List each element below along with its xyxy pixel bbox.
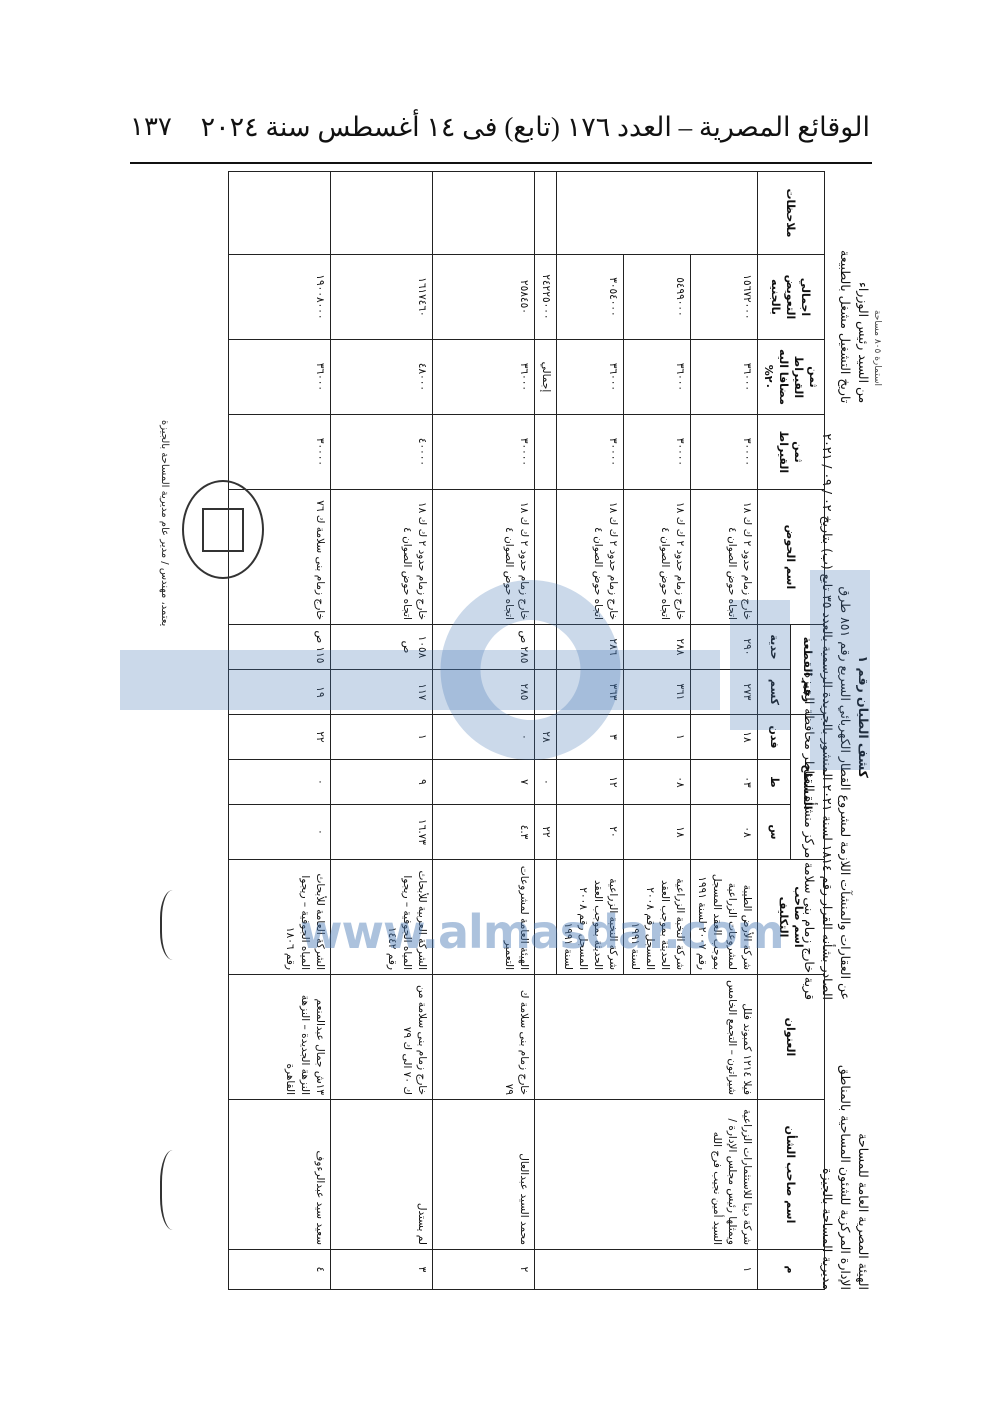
statement-line: عن العقارات والمنشآت اللازمة لمشروع القط…: [836, 433, 854, 1000]
cell-basin-name: خارج زمام حدود ٢ ك ك ١٨ اتجاه حوض الصوان…: [331, 489, 433, 624]
cell-sahm: ١٨: [624, 805, 691, 860]
page-number: ١٣٧: [130, 112, 172, 142]
table-row: ٣ لم يستدل خارج زمام بنى سلامة من ك ٧٠ ا…: [331, 171, 433, 1289]
cell-empty: [535, 624, 557, 669]
side-line: من السيد رئيس الوزراء: [854, 250, 872, 403]
cell-address: خارج زمام بنى سلامة من ك ٧٠ الى ك ٧٩: [331, 975, 433, 1100]
gazette-title: الوقائع المصرية – العدد ١٧٦ (تابع) فى ١٤…: [201, 112, 870, 142]
cell-qirat: ١٢: [557, 760, 624, 805]
cell-hadiya: ٢٨٦: [557, 624, 624, 669]
cell-serial: ٤: [229, 1250, 331, 1290]
cell-kism: ١٩: [229, 669, 331, 714]
table-row: ١ شركة دينا للاستثمارات الزراعية ويمثلها…: [691, 171, 758, 1289]
rotated-statement: استمارة ٨٠٥ مساحة الهيئة المصرية العامة …: [200, 230, 880, 1300]
cell-qirat: ٩: [331, 760, 433, 805]
cell-notes: [229, 171, 331, 254]
cell-kism: ٣٦٣: [557, 669, 624, 714]
cell-qirat-price: ٣٠٠٠٠: [624, 414, 691, 489]
cell-total-compensation: ١٦١٧٤٦٠: [331, 254, 433, 339]
cell-notes: [557, 171, 758, 254]
cell-total-sahm: ٢٢: [535, 805, 557, 860]
cell-qirat-price-plus: ٣٦٠٠٠: [624, 339, 691, 414]
cell-qirat-price-plus: ٤٨٠٠٠: [331, 339, 433, 414]
cell-basin-name: خارج زمام حدود ٢ ك ك ١٨ اتجاه حوض الصوان…: [691, 489, 758, 624]
header-address: العنوان: [758, 975, 825, 1100]
cell-total-feddan: ٢٨: [535, 714, 557, 759]
cell-basin-name: خارج زمام حدود ٢ ك ك ١٨ اتجاه حوض الصوان…: [624, 489, 691, 624]
cell-basin-name: خارج زمام حدود ٢ ك ك ١٨ اتجاه حوض الصوان…: [557, 489, 624, 624]
cell-total-label: إجمالي: [535, 339, 557, 414]
cell-owner-name: لم يستدل: [331, 1100, 433, 1250]
authority-block: الهيئة المصرية العامة للمساحة الإدارة ال…: [818, 1065, 872, 1290]
cell-feddan: ٣: [557, 714, 624, 759]
cell-qirat-price: ٣٠٠٠٠: [433, 414, 535, 489]
cell-total-compensation: ٢٥٨٤٥٠: [433, 254, 535, 339]
official-stamp-icon: [182, 480, 264, 579]
table-row: ٢ محمد السيد عبدالعال خارج زمام بنى سلام…: [433, 171, 535, 1289]
cell-address: ١٣ش جمال عبدالمنعم النزهة الجديدة – النز…: [229, 975, 331, 1100]
cell-hadiya: ١٠٥٨ ص: [331, 624, 433, 669]
authority-line: الهيئة المصرية العامة للمساحة: [854, 1065, 872, 1290]
cell-qirat: ٠٣: [691, 760, 758, 805]
header-area-sahm: س: [758, 805, 792, 860]
cell-total-compensation: ٥٤٩٩٠٠٠: [624, 254, 691, 339]
cell-qirat-price: ٣٠٠٠٠: [557, 414, 624, 489]
cell-kism: ٢٨٥: [433, 669, 535, 714]
header-serial: م: [758, 1250, 825, 1290]
cell-total-compensation: ١٩٠٠٨٠٠٠: [229, 254, 331, 339]
gazette-header: الوقائع المصرية – العدد ١٧٦ (تابع) فى ١٤…: [130, 112, 870, 156]
cell-empty: [535, 489, 557, 624]
cell-sahm: ٢٠: [557, 805, 624, 860]
cell-serial: ١: [535, 1250, 758, 1290]
header-notes: ملاحظات: [758, 171, 825, 254]
cell-address: خارج زمام بنى سلامة ك ٧٩: [433, 975, 535, 1100]
cell-owner-name: شركة دينا للاستثمارات الزراعية ويمثلها ر…: [535, 1100, 758, 1250]
header-basin-name: اسم الحوض: [758, 489, 825, 624]
cell-empty: [535, 669, 557, 714]
cell-empty: [535, 171, 557, 254]
statement-title: كشف الطيان رقم ١: [854, 433, 872, 1000]
cell-basin-name: خارج زمام حدود ٢ ك ك ١٨ اتجاه حوض الصوان…: [433, 489, 535, 624]
cell-qirat-price: ٤٠٠٠٠: [331, 414, 433, 489]
watermark-url: www.almasdar.com: [300, 905, 784, 959]
header-plot-group: رقم القطعة: [791, 624, 825, 714]
cell-qirat-price-plus: ٣٦٠٠٠: [557, 339, 624, 414]
cell-sahm: ٠: [229, 805, 331, 860]
cell-qirat-price-plus: ٣٦٠٠٠: [229, 339, 331, 414]
header-area-feddan: فدن: [758, 714, 792, 759]
cell-sahm: ١٦.٧٣: [331, 805, 433, 860]
header-area-group: المسطح: [791, 714, 825, 859]
cell-empty: [535, 414, 557, 489]
cell-total-compensation: ٣٠٥٤٠٠٠: [557, 254, 624, 339]
cell-qirat: ٠: [229, 760, 331, 805]
side-line: تاريخ التشغيل مشغل بالطبيعة: [836, 250, 854, 403]
cell-kism: ٢٧٣: [691, 669, 758, 714]
authority-line: الإدارة المركزية للشئون المساحية بالمناط…: [836, 1065, 854, 1290]
cell-feddan: ٠: [433, 714, 535, 759]
cell-qirat-price-plus: ٣٦٠٠٠: [691, 339, 758, 414]
header-plot-kism: كسم: [758, 669, 792, 714]
header-divider: [130, 162, 872, 164]
cell-owner-name: محمد السيد عبدالعال: [433, 1100, 535, 1250]
cell-total-qirat: ٠: [535, 760, 557, 805]
header-total-compensation: اجمالي التعويض بالجنيه: [758, 254, 825, 339]
cell-feddan: ١: [624, 714, 691, 759]
signature-mark-icon: [160, 890, 192, 960]
cell-sahm: ٤.٣: [433, 805, 535, 860]
cell-hadiya: ٢٨٥ ص: [433, 624, 535, 669]
table-row: ٤ سعيد سيد عبدالرءوف ١٣ش جمال عبدالمنعم …: [229, 171, 331, 1289]
cell-qirat-price-plus: ٣٦٠٠٠: [433, 339, 535, 414]
cell-sahm: ٠٨: [691, 805, 758, 860]
approval-signature-text: يعتمد، مهندس / مدير عام مديرية المساحة ب…: [140, 420, 170, 670]
header-area-qirat: ط: [758, 760, 792, 805]
cell-total-sum: ٢٤٢٢٥٠٠٠: [535, 254, 557, 339]
cell-feddan: ١: [331, 714, 433, 759]
cell-qirat-price: ٣٠٠٠٠: [229, 414, 331, 489]
header-qirat-price: ثمن القيراط: [758, 414, 825, 489]
cell-qirat: ٧: [433, 760, 535, 805]
cell-feddan: ٢٢: [229, 714, 331, 759]
compensation-table: م اسم صاحب الشأن العنوان اسم صاحب التكلي…: [228, 171, 825, 1290]
header-qirat-price-plus: ثمن القيراط مضافا اليه ٢٠%: [758, 339, 825, 414]
cell-serial: ٣: [331, 1250, 433, 1290]
header-plot-hadiya: حدية: [758, 624, 792, 669]
side-block: من السيد رئيس الوزراء تاريخ التشغيل مشغل…: [836, 250, 872, 403]
signature-mark-icon: [160, 1150, 192, 1230]
cell-address: فيلا ١٢١٤ كمبوند فلل شيراتون – التجمع ال…: [535, 975, 758, 1100]
cell-hadiya: ٢٩٠: [691, 624, 758, 669]
cell-serial: ٢: [433, 1250, 535, 1290]
header-row: م اسم صاحب الشأن العنوان اسم صاحب التكلي…: [791, 171, 825, 1289]
cell-owner-name: سعيد سيد عبدالرءوف: [229, 1100, 331, 1250]
form-note: استمارة ٨٠٥ مساحة: [872, 310, 882, 386]
cell-notes: [331, 171, 433, 254]
cell-feddan: ١٨: [691, 714, 758, 759]
cell-kism: ٣٦١: [624, 669, 691, 714]
header-owner-name: اسم صاحب الشأن: [758, 1100, 825, 1250]
cell-total-compensation: ١٥٦٧٢٠٠٠: [691, 254, 758, 339]
eagle-emblem-icon: [202, 508, 244, 552]
cell-qirat-price: ٣٠٠٠٠: [691, 414, 758, 489]
cell-kism: ١١٧: [331, 669, 433, 714]
cell-hadiya: ٢٨٨: [624, 624, 691, 669]
cell-hadiya: ١١٥ ص: [229, 624, 331, 669]
cell-notes: [433, 171, 535, 254]
cell-qirat: ٠٨: [624, 760, 691, 805]
